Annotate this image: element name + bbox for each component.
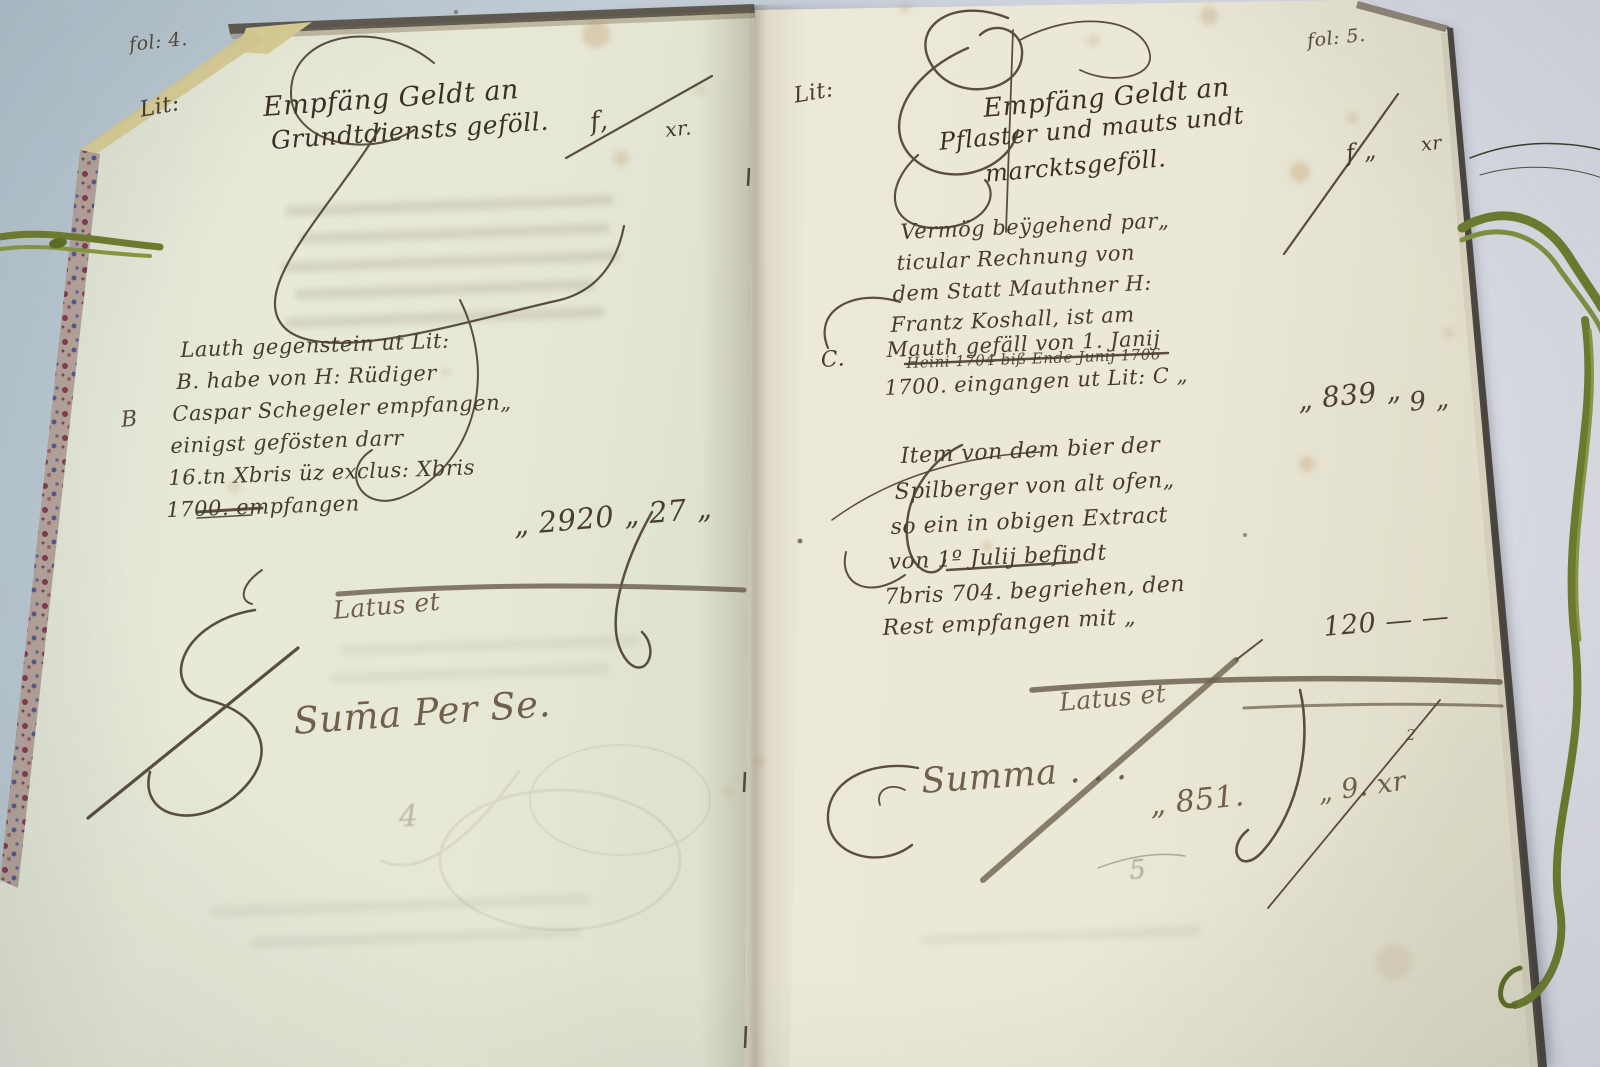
flourish-right-item-tail xyxy=(845,552,905,587)
right-thread-loop xyxy=(1501,968,1520,1006)
manuscript-photo: fol: 4. Lit: Empfäng Geldt an Grundtdien… xyxy=(0,0,1600,1067)
flourish-right-summa-f xyxy=(1236,690,1304,861)
right-latus-rule xyxy=(1032,679,1500,690)
right-thin-thread-1 xyxy=(1470,143,1600,158)
flourish-right-margin-loop xyxy=(825,298,900,348)
flourish-left-monogram-s xyxy=(148,610,261,815)
right-summa-thin-diagonal xyxy=(1268,700,1440,908)
flourish-right-monogram-2 xyxy=(1006,30,1013,232)
flourish-right-monogram-4 xyxy=(895,155,991,228)
right-thread-long xyxy=(1515,320,1588,1005)
flourish-right-heading-slash xyxy=(1284,94,1398,254)
flourish-right-monogram-1 xyxy=(925,11,1022,90)
right-summa-taper-tip xyxy=(1236,640,1262,660)
flourish-left-amount-f xyxy=(616,512,652,668)
right-thin-thread-2 xyxy=(1480,167,1600,178)
left-thread xyxy=(0,234,160,247)
right-latus-rule-2 xyxy=(1244,704,1502,708)
flourish-left-heading-slash xyxy=(566,76,712,158)
left-latus-rule xyxy=(338,586,744,594)
ghost-flourishes xyxy=(380,745,710,930)
flourish-left-lower-curl xyxy=(356,300,478,501)
left-underline xyxy=(197,508,262,512)
right-numeral5-hairline xyxy=(1098,855,1185,869)
left-underline-2 xyxy=(197,515,252,518)
flourish-right-summa-s xyxy=(828,766,918,858)
right-summa-taper-stroke xyxy=(983,660,1236,880)
flourish-right-monogram-5 xyxy=(1020,21,1150,78)
flourish-left-top-oval xyxy=(291,36,434,144)
binding-threads xyxy=(0,143,1600,1005)
flourish-left-c-mark xyxy=(244,570,262,604)
flourish-left-monogram-slash xyxy=(88,648,298,818)
ink-flourish-art xyxy=(0,0,1600,1067)
left-thread-highlight xyxy=(0,247,150,256)
flourish-left-mid-sweep xyxy=(275,128,624,343)
right-thread-2 xyxy=(1462,232,1600,332)
right-strikethrough xyxy=(905,353,1168,364)
flourish-right-summa-s-inner xyxy=(879,787,905,805)
right-underline-julij xyxy=(947,562,1077,570)
